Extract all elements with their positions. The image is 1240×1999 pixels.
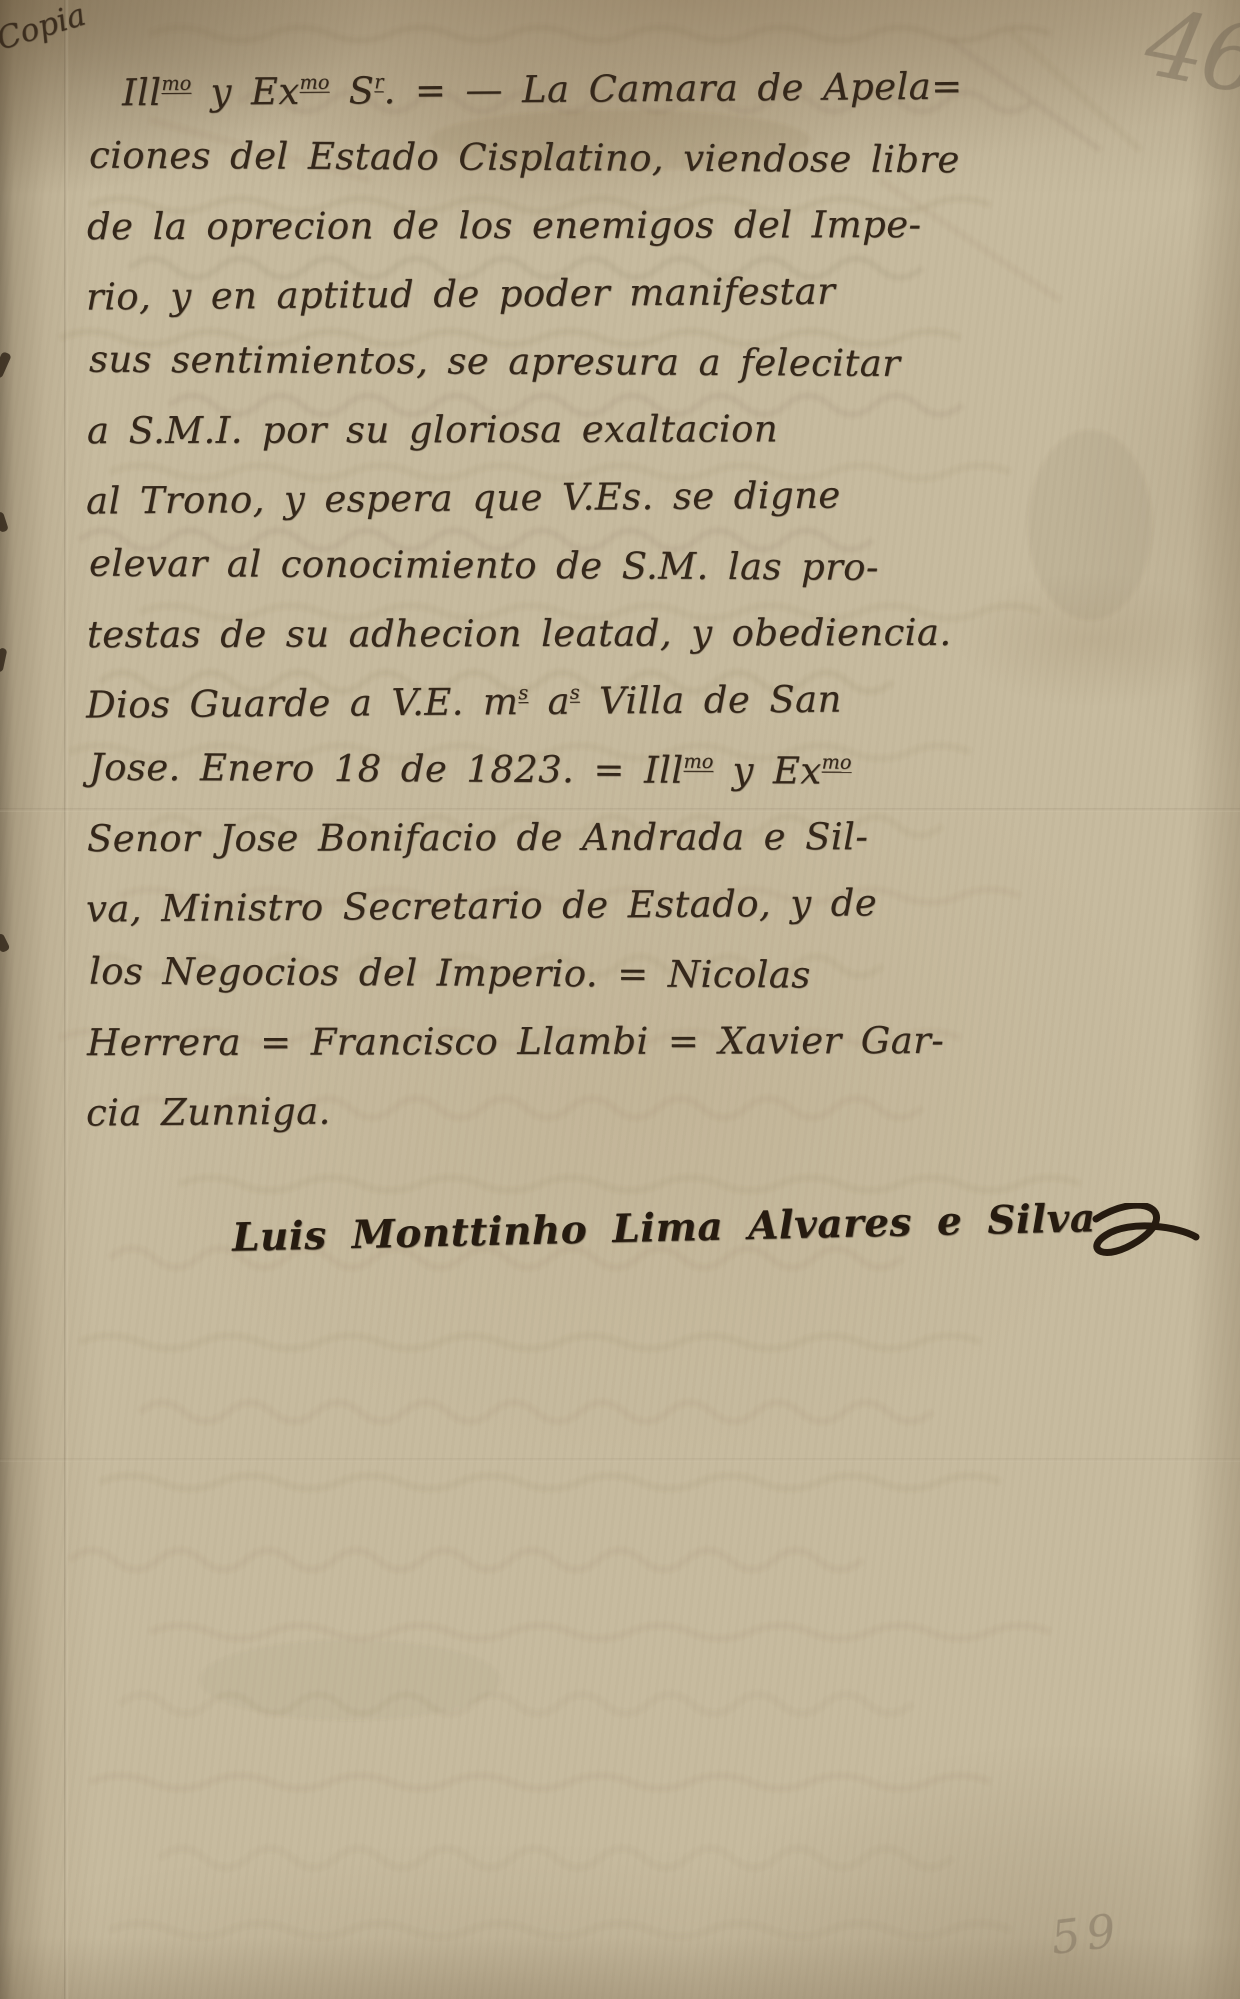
letter-line-15: Herrera = Francisco Llambi = Xavier Gar-: [87, 1007, 987, 1077]
gutter-ink-mark: [0, 933, 10, 954]
letter-line-10: Dios Guarde a V.E. ms as Villa de San: [86, 664, 987, 739]
gutter-ink-mark: [0, 511, 9, 533]
letter-body: Illmo y Exmo Sr. = — La Camara de Apela=…: [86, 56, 986, 1144]
letter-line-16: cia Zunniga.: [86, 1072, 987, 1147]
letter-line-9: testas de su adhecion leatad, y obedienc…: [87, 599, 987, 669]
gutter-ink-mark: [0, 647, 7, 672]
letter-line-6: a S.M.I. por su gloriosa exaltacion: [87, 395, 987, 465]
letter-line-7: al Trono, y espera que V.Es. se digne: [86, 460, 987, 535]
manuscript-page: Copia 46 Illmo y Exmo Sr. = — La Camara …: [0, 0, 1240, 1999]
letter-line-8: elevar al conocimiento de S.M. las pro-: [89, 530, 989, 603]
letter-line-12: Senor Jose Bonifacio de Andrada e Sil-: [87, 803, 987, 873]
letter-line-1: Illmo y Exmo Sr. = — La Camara de Apela=: [86, 52, 987, 127]
signature-row: Luis Monttinho Lima Alvares e Silva: [232, 1203, 1202, 1275]
gutter-ink-mark: [0, 351, 12, 379]
letter-line-14: los Negocios del Imperio. = Nicolas: [89, 938, 989, 1011]
letter-line-3: de la oprecion de los enemigos del Impe-: [87, 191, 987, 261]
horizontal-fold-crease-lower: [0, 1458, 1240, 1462]
signature-flourish-icon: [1082, 1203, 1202, 1275]
letter-line-11: Jose. Enero 18 de 1823. = Illmo y Exmo: [89, 734, 989, 807]
signature-text: Luis Monttinho Lima Alvares e Silva: [232, 1199, 1096, 1258]
letter-line-4: rio, y en aptitud de poder manifestar: [86, 256, 987, 331]
letter-line-5: sus sentimientos, se apresura a felecita…: [89, 326, 989, 399]
letter-line-13: va, Ministro Secretario de Estado, y de: [86, 868, 987, 943]
letter-line-2: ciones del Estado Cisplatino, viendose l…: [89, 122, 989, 195]
copia-annotation: Copia: [0, 0, 89, 56]
vertical-fold-crease: [64, 0, 69, 1999]
pencil-page-number: 46: [1138, 0, 1240, 110]
pencil-mark-bottom: 59: [1049, 1907, 1125, 1961]
